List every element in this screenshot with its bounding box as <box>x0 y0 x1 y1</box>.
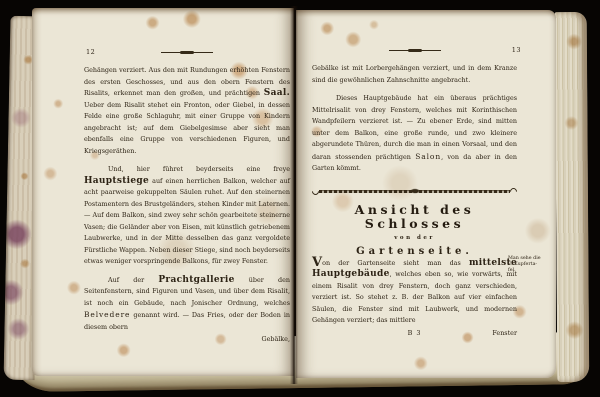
paragraph-text: Ueber dem Risalit stehet ein Fronton, od… <box>84 101 290 155</box>
book-gutter <box>290 6 298 384</box>
emphasized-word: Salon <box>415 152 441 161</box>
emphasized-word: Saal. <box>264 88 290 98</box>
emphasized-word: Hauptstiege <box>84 176 149 186</box>
paragraph: Gebälke ist mit Lorbergehängen verziert,… <box>312 63 517 86</box>
paragraph-text: auf einen herrlichen Balkon, welcher auf… <box>84 177 290 266</box>
signature-line: B 3 Fenster <box>312 328 517 339</box>
paragraph: Gehängen verziert. Aus den mit Rundungen… <box>84 65 290 157</box>
page-number-right: 13 <box>512 46 521 54</box>
chapter-heading-sub2: Gartenseite. <box>312 246 517 258</box>
margin-note: Man sehe die 7. Kupferta- fel. <box>508 256 550 275</box>
left-page: 12 Gehängen verziert. Aus den mit Rundun… <box>32 8 294 376</box>
paragraph: Dieses Hauptgebäude hat ein überaus präc… <box>312 93 517 175</box>
signature-mark: B 3 <box>408 328 422 340</box>
paragraph-text: Auf der <box>108 276 158 284</box>
photo-of-open-book: 12 Gehängen verziert. Aus den mit Rundun… <box>0 0 600 397</box>
chapter-heading-sub: von der <box>312 235 517 242</box>
paragraph-text: Gehängen verziert. Aus den mit Rundungen… <box>84 66 290 97</box>
emphasized-word: Prachtgallerie <box>158 275 234 285</box>
right-page: 13 Gebälke ist mit Lorbergehängen verzie… <box>296 10 556 378</box>
right-page-header: 13 <box>312 46 517 56</box>
page-number-left: 12 <box>86 48 95 56</box>
catchword: Gebälke, <box>261 335 290 343</box>
paragraph: Auf der Prachtgallerie über den Seitenfe… <box>84 275 290 334</box>
chapter-heading: Ansicht des Schlosses <box>312 203 517 231</box>
paragraph-text: on der Gartenseite sieht man das <box>322 259 469 267</box>
paragraph: Und, hier führet beyderseits eine freye … <box>84 164 290 268</box>
catchword: Fenster <box>492 328 517 340</box>
right-page-text: Gebälke ist mit Lorbergehängen verziert,… <box>312 63 517 339</box>
paragraph: Von der Gartenseite sieht man das mittel… <box>312 258 517 327</box>
left-page-text: Gehängen verziert. Aus den mit Rundungen… <box>84 65 290 346</box>
left-page-header: 12 <box>84 48 290 58</box>
paragraph-text: Und, hier führet beyderseits eine freye <box>108 165 290 173</box>
page-stack-fore-edge <box>555 12 590 382</box>
chapter-ornament-band-icon <box>312 188 517 194</box>
catchword-line: Gebälke, <box>84 334 290 346</box>
emphasized-word: Belvedere <box>84 310 130 319</box>
header-rule-ornament-icon <box>161 51 213 54</box>
header-rule-ornament-icon <box>389 49 441 52</box>
drop-cap: V <box>312 255 322 270</box>
